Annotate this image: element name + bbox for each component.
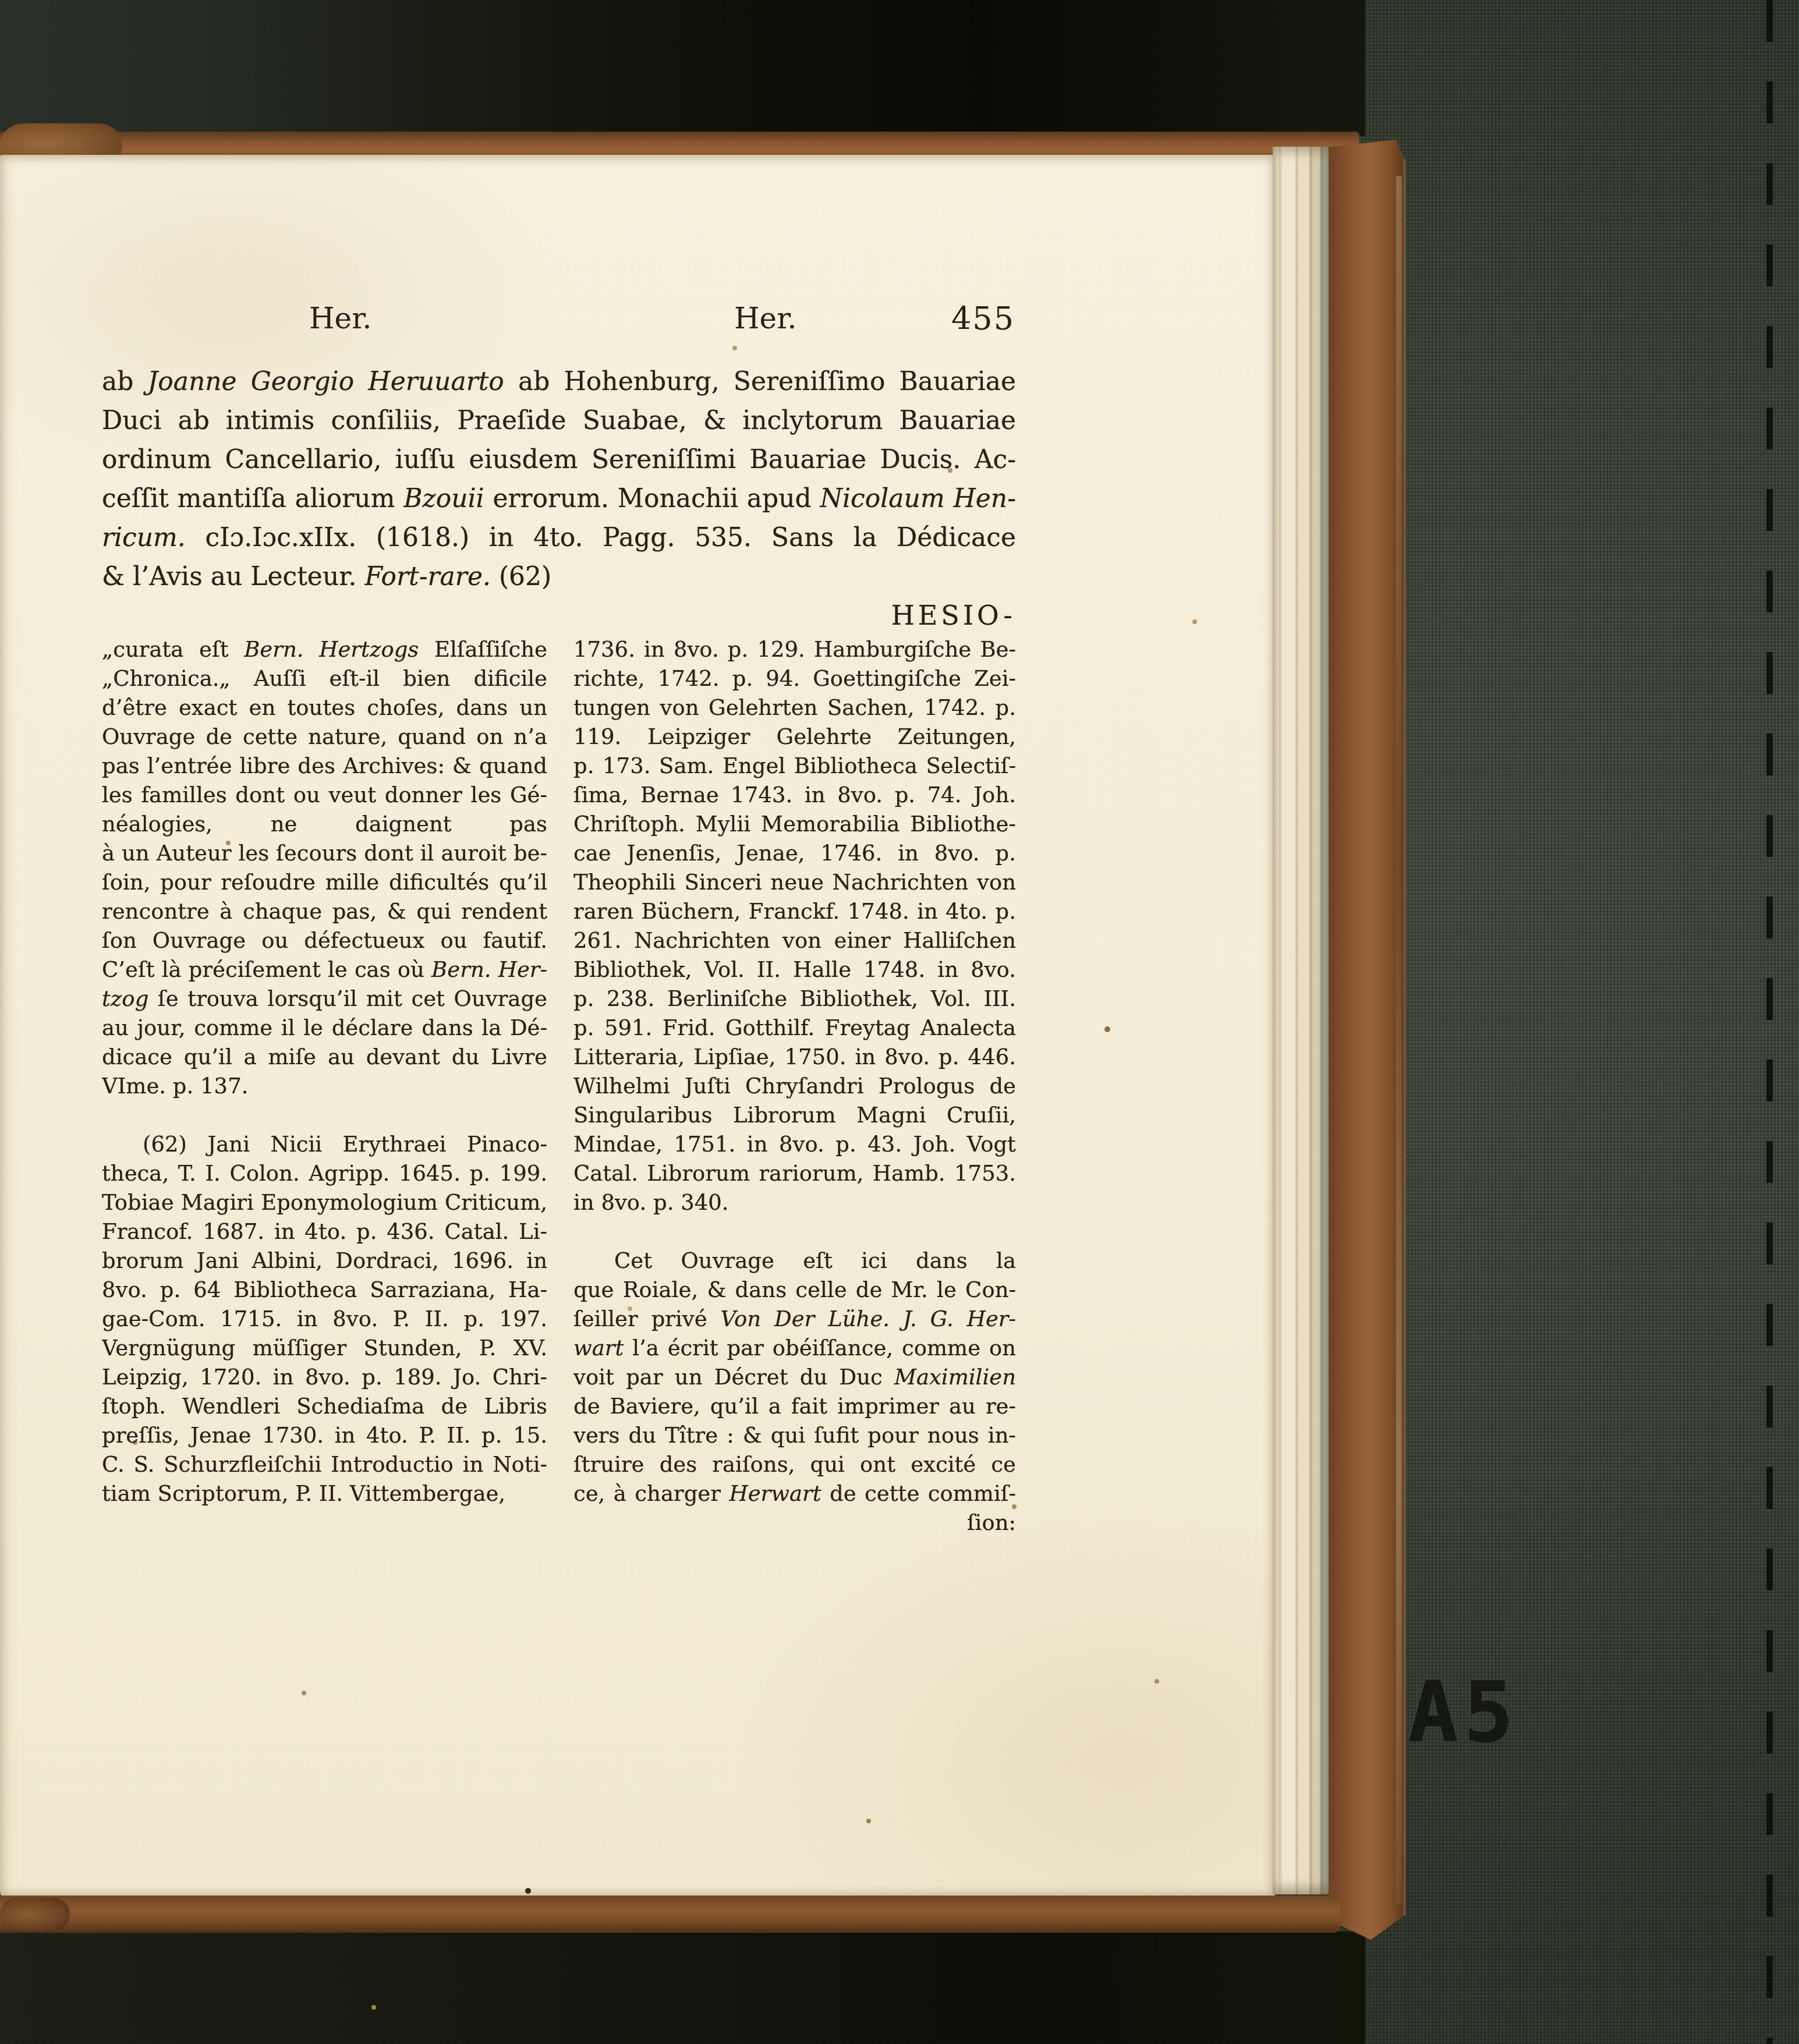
text-line: raren Büchern, Franckf. 1748. in 4to. p. (573, 897, 1016, 926)
text-line: „curata eſt Bern. Hertzogs Elſaſſiſche (102, 635, 547, 664)
text-line: Singularibus Librorum Magni Cruſii, (573, 1101, 1016, 1130)
text-line: in 8vo. p. 340. (573, 1188, 1016, 1217)
text-line: Leipzig, 1720. in 8vo. p. 189. Jo. Chri- (102, 1363, 547, 1392)
top-shadow (0, 0, 1365, 136)
text-line: richte, 1742. p. 94. Goettingiſche Zei- (573, 664, 1016, 693)
text-line: Cet Ouvrage eſt ici dans la Bibliothé- (573, 1246, 1016, 1276)
text-line: ab Joanne Georgio Heruuarto ab Hohenburg… (102, 362, 1016, 401)
text-line: (62) Jani Nicii Erythraei Pinaco- (102, 1130, 547, 1159)
text-line (573, 1217, 1016, 1246)
text-line: rencontre à chaque pas, & qui rendent (102, 897, 547, 926)
leather-wrinkle (0, 1898, 70, 1930)
text-line: à un Auteur les ſecours dont il auroit b… (102, 839, 547, 868)
text-line: theca, T. I. Colon. Agripp. 1645. p. 199… (102, 1159, 547, 1188)
paper-speckles (0, 155, 2, 157)
text-line: Theophili Sinceri neue Nachrichten von (573, 868, 1016, 897)
text-line: Mindae, 1751. in 8vo. p. 43. Joh. Vogt (573, 1130, 1016, 1159)
text-line: Vergnügung müſſiger Stunden, P. XV. (102, 1334, 547, 1363)
text-line: Wilhelmi Juſti Chryſandri Prologus de (573, 1072, 1016, 1101)
text-line: tungen von Gelehrten Sachen, 1742. p. (573, 693, 1016, 722)
text-line: Catal. Librorum rariorum, Hamb. 1753. (573, 1159, 1016, 1188)
scanned-book-photo: Her. Her. 455 ab Joanne Georgio Heruuart… (0, 0, 1799, 2044)
stitched-monogram: A5 (1408, 1672, 1536, 1753)
text-line: que Roiale, & dans celle de Mr. le Con- (573, 1276, 1016, 1305)
text-line: ſon Ouvrage ou défectueux ou fautif. (102, 926, 547, 955)
page: Her. Her. 455 ab Joanne Georgio Heruuart… (0, 155, 1275, 1898)
text-line: p. 238. Berliniſche Bibliothek, Vol. III… (573, 984, 1016, 1014)
text-line: „Chronica.„ Auſſi eſt-il bien dificile (102, 664, 547, 693)
text-line: d’être exact en toutes choſes, dans un (102, 693, 547, 722)
text-line: ſoin, pour reſoudre mille dificultés qu’… (102, 868, 547, 897)
text-line: 8vo. p. 64 Bibliotheca Sarraziana, Ha- (102, 1276, 547, 1305)
column-right: 1736. in 8vo. p. 129. Hamburgiſche Be-ri… (573, 635, 1016, 1538)
column-left: „curata eſt Bern. Hertzogs Elſaſſiſche„C… (102, 635, 547, 1508)
text-line: Ouvrage de cette nature, quand on n’a (102, 722, 547, 752)
text-line: ricum. cIɔ.Iɔc.xIIx. (1618.) in 4to. Pag… (102, 518, 1016, 557)
text-line: Chriſtoph. Mylii Memorabilia Bibliothe- (573, 810, 1016, 839)
running-title-left: Her. (309, 302, 372, 335)
text-line: ce, à charger Herwart de cette commiſ- (573, 1479, 1016, 1508)
text-line: vers du Tître : & qui ſufit pour nous in… (573, 1421, 1016, 1450)
text-line: ſtoph. Wendleri Schediaſma de Libris ſup… (102, 1392, 547, 1421)
text-line: cae Jenenſis, Jenae, 1746. in 8vo. p. 12… (573, 839, 1016, 868)
text-line: dicace qu’il a miſe au devant du Livre (102, 1043, 547, 1072)
leather-edge-right (1329, 140, 1405, 1940)
text-line: au jour, comme il le déclare dans la Dé- (102, 1014, 547, 1043)
text-line (102, 1101, 547, 1130)
text-line: ceſſit mantiſſa aliorum Bzouii errorum. … (102, 479, 1016, 518)
text-line: p. 591. Frid. Gotthilf. Freytag Analecta (573, 1014, 1016, 1043)
text-line: & l’Avis au Lecteur. Fort-rare. (62) (102, 557, 1016, 596)
leather-edge-bottom (0, 1896, 1340, 1933)
text-line: 1736. in 8vo. p. 129. Hamburgiſche Be- (573, 635, 1016, 664)
page-number: 455 (951, 300, 1015, 337)
text-line: ſtruire des raiſons, qui ont excité ce P… (573, 1450, 1016, 1479)
stitch-line (1766, 0, 1773, 2044)
text-line: Duci ab intimis conſiliis, Praeſide Suab… (102, 401, 1016, 440)
entry-paragraph: ab Joanne Georgio Heruuarto ab Hohenburg… (102, 362, 1016, 635)
text-line: p. 173. Sam. Engel Bibliotheca Selectiſ- (573, 752, 1016, 781)
page-header: Her. Her. 455 (102, 302, 1016, 339)
bottom-shadow (0, 1932, 1365, 2044)
text-line: C. S. Schurzfleiſchii Introductio in Not… (102, 1450, 547, 1479)
text-line: ordinum Cancellario, iuſſu eiusdem Seren… (102, 440, 1016, 479)
text-line: pas l’entrée libre des Archives: & quand (102, 752, 547, 781)
text-line: wart l’a écrit par obéiſſance, comme on … (573, 1334, 1016, 1363)
text-line: 261. Nachrichten von einer Halliſchen (573, 926, 1016, 955)
text-line: HESIO- (102, 596, 1016, 635)
text-line: gae-Com. 1715. in 8vo. P. II. p. 197. (102, 1305, 547, 1334)
text-line: VIme. p. 137. (102, 1072, 547, 1101)
text-line: Litteraria, Lipſiae, 1750. in 8vo. p. 44… (573, 1043, 1016, 1072)
text-line: preſſis, Jenae 1730. in 4to. P. II. p. 1… (102, 1421, 547, 1450)
text-line: Bibliothek, Vol. II. Halle 1748. in 8vo. (573, 955, 1016, 984)
text-line: de Baviere, qu’il a fait imprimer au re- (573, 1392, 1016, 1421)
text-line: les familles dont ou veut donner les Gé- (102, 781, 547, 810)
text-line: Francof. 1687. in 4to. p. 436. Catal. Li… (102, 1217, 547, 1246)
fore-edge-page-stack (1273, 147, 1330, 1894)
text-line: tiam Scriptorum, P. II. Vittembergae, (102, 1479, 547, 1508)
text-line: tzog ſe trouva lorsqu’il mit cet Ouvrage (102, 984, 547, 1014)
text-line: néalogies, ne daignent pas communiquer (102, 810, 547, 839)
text-line: Tobiae Magiri Eponymologium Criticum, (102, 1188, 547, 1217)
text-line: brorum Jani Albini, Dordraci, 1696. in (102, 1246, 547, 1276)
text-line: ſion: (573, 1508, 1016, 1538)
text-line: ſima, Bernae 1743. in 8vo. p. 74. Joh. (573, 781, 1016, 810)
running-title-right: Her. (734, 302, 797, 335)
leather-sheen (1396, 176, 1402, 1904)
text-line: voit par un Décret du Duc Maximilien (573, 1363, 1016, 1392)
text-line: ſeiller privé Von Der Lühe. J. G. Her- (573, 1305, 1016, 1334)
text-line: C’eſt là préciſement le cas où Bern. Her… (102, 955, 547, 984)
text-line: 119. Leipziger Gelehrte Zeitungen, 1742. (573, 722, 1016, 752)
